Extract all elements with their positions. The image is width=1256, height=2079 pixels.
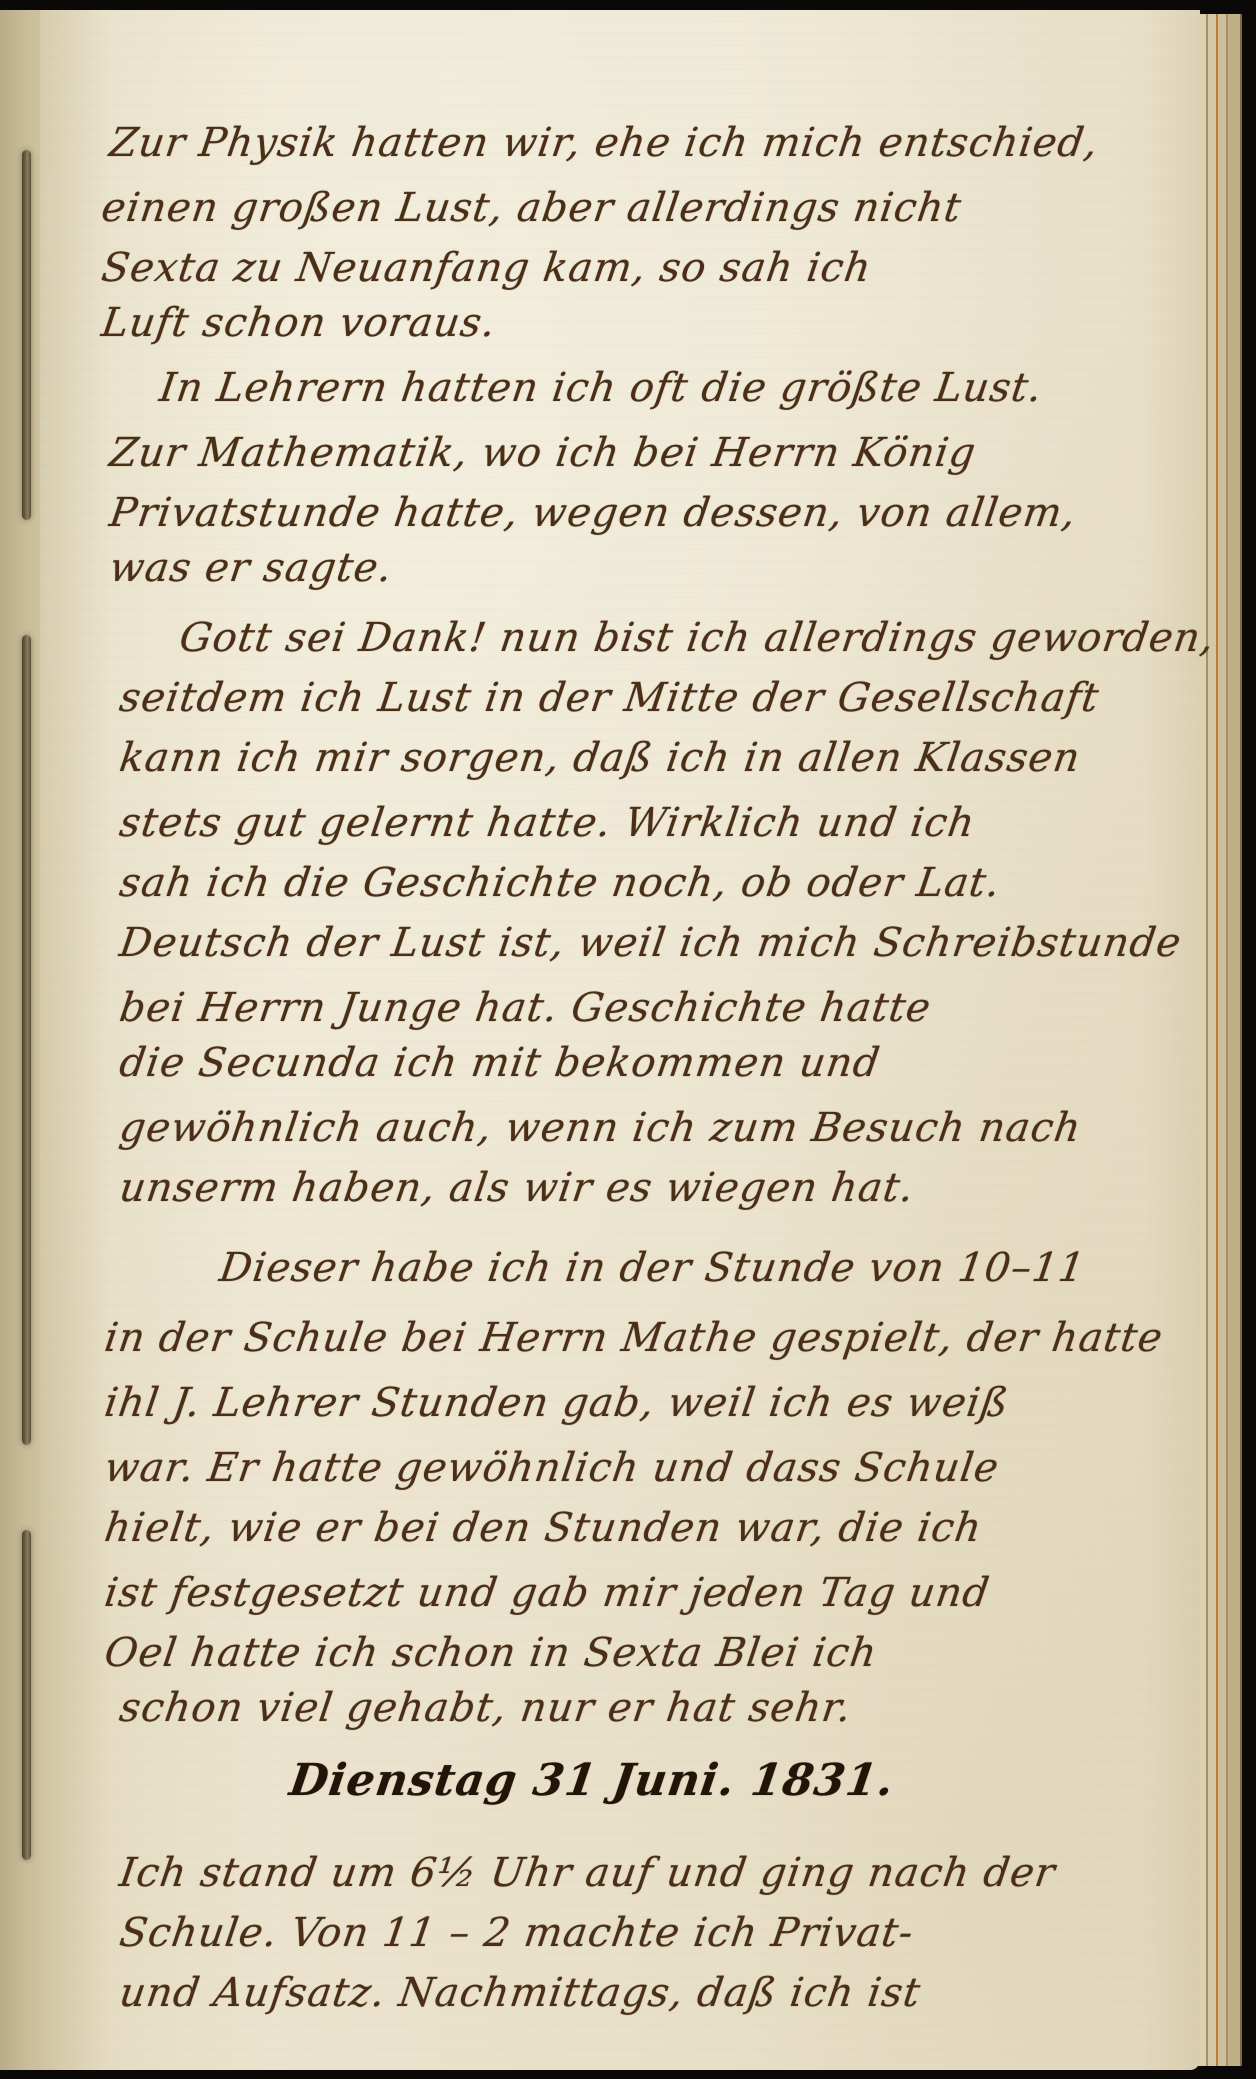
- text-line: In Lehrern hatten ich oft die größte Lus…: [157, 365, 1046, 411]
- text-line: Luft schon voraus.: [99, 300, 499, 346]
- text-line: sah ich die Geschichte noch, ob oder Lat…: [117, 860, 1004, 906]
- text-line: ist festgesetzt und gab mir jeden Tag un…: [102, 1570, 993, 1616]
- text-line: stets gut gelernt hatte. Wirklich und ic…: [117, 800, 978, 846]
- text-line: Gott sei Dank! nun bist ich allerdings g…: [177, 615, 1218, 661]
- text-line: kann ich mir sorgen, daß ich in allen Kl…: [117, 735, 1084, 781]
- text-line: und Aufsatz. Nachmittags, daß ich ist: [117, 1970, 924, 2016]
- handwritten-text: Zur Physik hatten wir, ehe ich mich ents…: [40, 10, 1200, 2070]
- date-heading: Dienstag 31 Juni. 1831.: [286, 1755, 897, 1806]
- text-line: Privatstunde hatte, wegen dessen, von al…: [107, 490, 1080, 536]
- text-line: hielt, wie er bei den Stunden war, die i…: [102, 1505, 985, 1551]
- text-line: gewöhnlich auch, wenn ich zum Besuch nac…: [117, 1105, 1085, 1151]
- text-line: die Secunda ich mit bekommen und: [117, 1040, 883, 1086]
- page-edge-stack: [1208, 14, 1218, 2066]
- text-line: war. Er hatte gewöhnlich und dass Schule: [102, 1445, 1002, 1491]
- text-line: bei Herrn Junge hat. Geschichte hatte: [117, 985, 934, 1031]
- text-line: Schule. Von 11 – 2 machte ich Privat-: [117, 1910, 917, 1956]
- text-line: Zur Mathematik, wo ich bei Herrn König: [107, 430, 979, 476]
- binding-thread-bottom: [22, 1530, 31, 1860]
- text-line: Dieser habe ich in der Stunde von 10–11: [217, 1245, 1089, 1291]
- text-line: was er sagte.: [107, 545, 396, 591]
- text-line: schon viel gehabt, nur er hat sehr.: [117, 1685, 855, 1731]
- text-line: Deutsch der Lust ist, weil ich mich Schr…: [117, 920, 1185, 966]
- text-line: seitdem ich Lust in der Mitte der Gesell…: [117, 675, 1102, 721]
- page-edge-stack: [1228, 14, 1242, 2066]
- text-line: Sexta zu Neuanfang kam, so sah ich: [99, 245, 875, 291]
- binding-thread-middle: [22, 635, 31, 1445]
- page-edge-stack: [1218, 14, 1228, 2066]
- text-line: Zur Physik hatten wir, ehe ich mich ents…: [107, 120, 1102, 166]
- text-line: unserm haben, als wir es wiegen hat.: [117, 1165, 918, 1211]
- text-line: ihl J. Lehrer Stunden gab, weil ich es w…: [102, 1380, 1012, 1426]
- manuscript-page: Zur Physik hatten wir, ehe ich mich ents…: [40, 10, 1200, 2070]
- text-line: Ich stand um 6½ Uhr auf und ging nach de…: [117, 1850, 1059, 1896]
- binding-thread-top: [22, 150, 31, 520]
- text-line: in der Schule bei Herrn Mathe gespielt, …: [102, 1315, 1166, 1361]
- text-line: Oel hatte ich schon in Sexta Blei ich: [102, 1630, 880, 1676]
- text-line: einen großen Lust, aber allerdings nicht: [99, 185, 965, 231]
- manuscript-scan: Zur Physik hatten wir, ehe ich mich ents…: [0, 0, 1256, 2079]
